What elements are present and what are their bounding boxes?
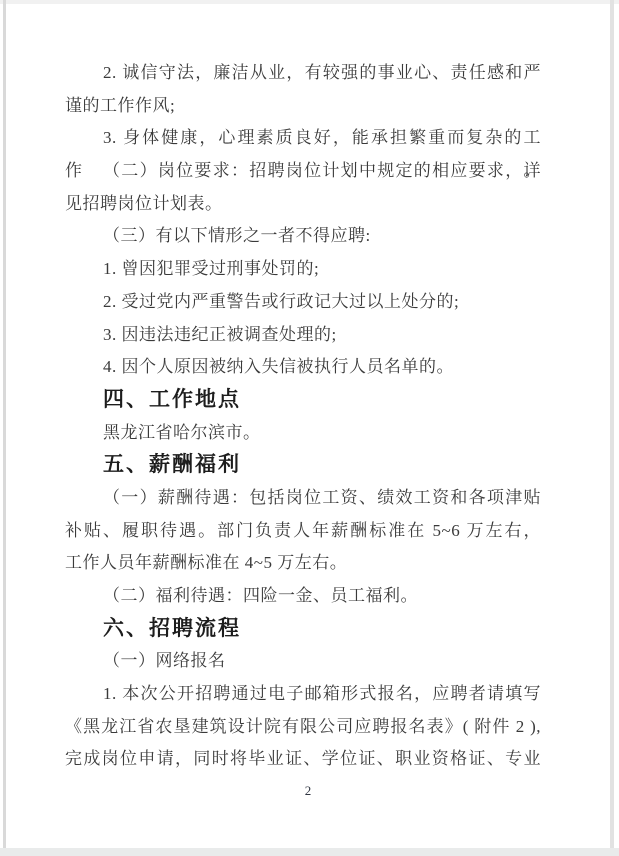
document-line: 1. 曾因犯罪受过刑事处罚的; xyxy=(65,253,541,286)
section-heading-recruitment-process: 六、招聘流程 xyxy=(65,613,541,646)
page-right-border xyxy=(610,0,614,848)
document-line: （一）薪酬待遇：包括岗位工资、绩效工资和各项津贴 xyxy=(65,482,541,515)
document-page: 2. 诚信守法，廉洁从业，有较强的事业心、责任感和严 谨的工作作风; 3. 身体… xyxy=(6,4,610,848)
document-line: 3. 身体健康，心理素质良好，能承担繁重而复杂的工作。 xyxy=(65,122,541,155)
document-line: 补贴、履职待遇。部门负责人年薪酬标准在 5~6 万左右， xyxy=(65,515,541,548)
document-line: 4. 因个人原因被纳入失信被执行人员名单的。 xyxy=(65,351,541,384)
page-number: 2 xyxy=(6,783,610,799)
document-line: 2. 受过党内严重警告或行政记大过以上处分的; xyxy=(65,286,541,319)
document-line: （二）岗位要求：招聘岗位计划中规定的相应要求，详 xyxy=(65,155,541,188)
document-line: 黑龙江省哈尔滨市。 xyxy=(65,417,541,450)
document-line: 谨的工作作风; xyxy=(65,90,541,123)
section-heading-salary-benefits: 五、薪酬福利 xyxy=(65,449,541,482)
document-line: 1. 本次公开招聘通过电子邮箱形式报名，应聘者请填写 xyxy=(65,678,541,711)
document-text-block: 2. 诚信守法，廉洁从业，有较强的事业心、责任感和严 谨的工作作风; 3. 身体… xyxy=(65,57,541,776)
document-line: 见招聘岗位计划表。 xyxy=(65,188,541,221)
document-viewer: 2. 诚信守法，廉洁从业，有较强的事业心、责任感和严 谨的工作作风; 3. 身体… xyxy=(0,0,619,856)
document-line: 工作人员年薪酬标准在 4~5 万左右。 xyxy=(65,547,541,580)
section-heading-work-location: 四、工作地点 xyxy=(65,384,541,417)
document-line: （一）网络报名 xyxy=(65,645,541,678)
document-line: 《黑龙江省农垦建筑设计院有限公司应聘报名表》( 附件 2 ), xyxy=(65,711,541,744)
document-line: （二）福利待遇：四险一金、员工福利。 xyxy=(65,580,541,613)
document-line: 2. 诚信守法，廉洁从业，有较强的事业心、责任感和严 xyxy=(65,57,541,90)
document-line: 3. 因违法违纪正被调查处理的; xyxy=(65,319,541,352)
document-line: 完成岗位申请，同时将毕业证、学位证、职业资格证、专业 xyxy=(65,743,541,776)
viewer-bottom-edge xyxy=(0,848,619,856)
document-line: （三）有以下情形之一者不得应聘: xyxy=(65,220,541,253)
